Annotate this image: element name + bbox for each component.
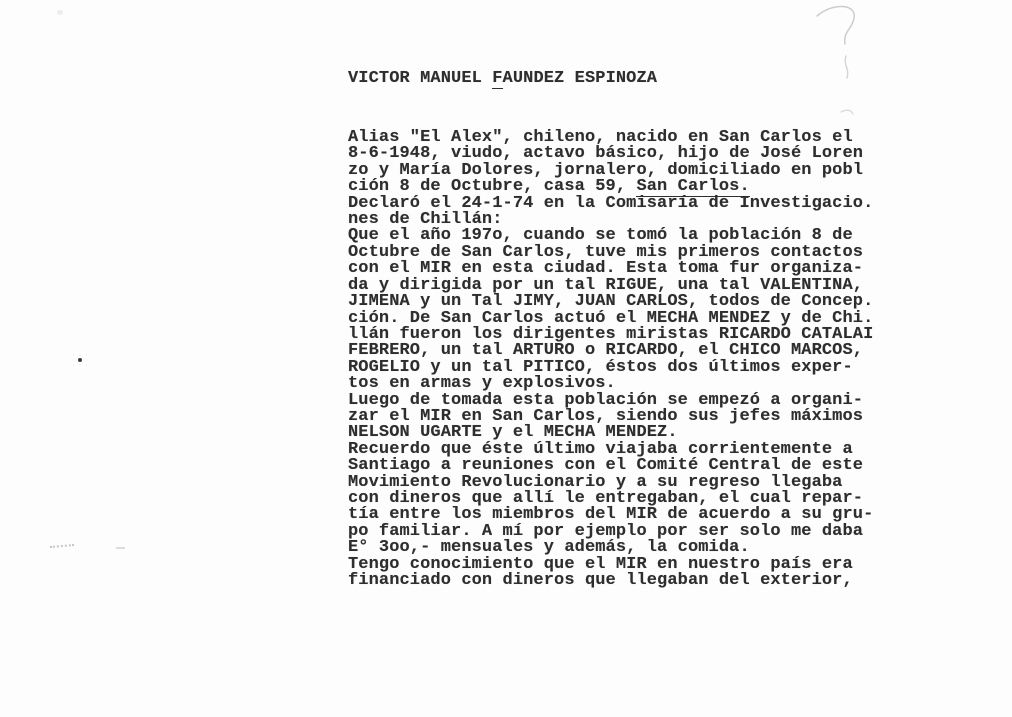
faint-dot-mark (57, 10, 63, 15)
title-underlined-initial: F (492, 69, 502, 89)
title-segment: AUNDEZ ESPINOZA (503, 69, 658, 88)
text-line: financiado con dineros que llegaban del … (348, 573, 873, 589)
typewritten-text: VICTOR MANUEL FAUNDEZ ESPINOZA Alias "El… (348, 38, 873, 622)
text-segment: financiado con dineros que llegaban del … (348, 571, 853, 590)
scanned-document-page: VICTOR MANUEL FAUNDEZ ESPINOZA Alias "El… (0, 0, 1012, 717)
smudge-mark (116, 547, 125, 549)
title-segment: VICTOR MANUEL (348, 69, 492, 88)
ink-dot-mark (78, 358, 82, 362)
document-body: Alias "El Alex", chileno, nacido en San … (348, 130, 873, 589)
document-title: VICTOR MANUEL FAUNDEZ ESPINOZA (348, 71, 873, 87)
smudge-mark (50, 544, 74, 551)
